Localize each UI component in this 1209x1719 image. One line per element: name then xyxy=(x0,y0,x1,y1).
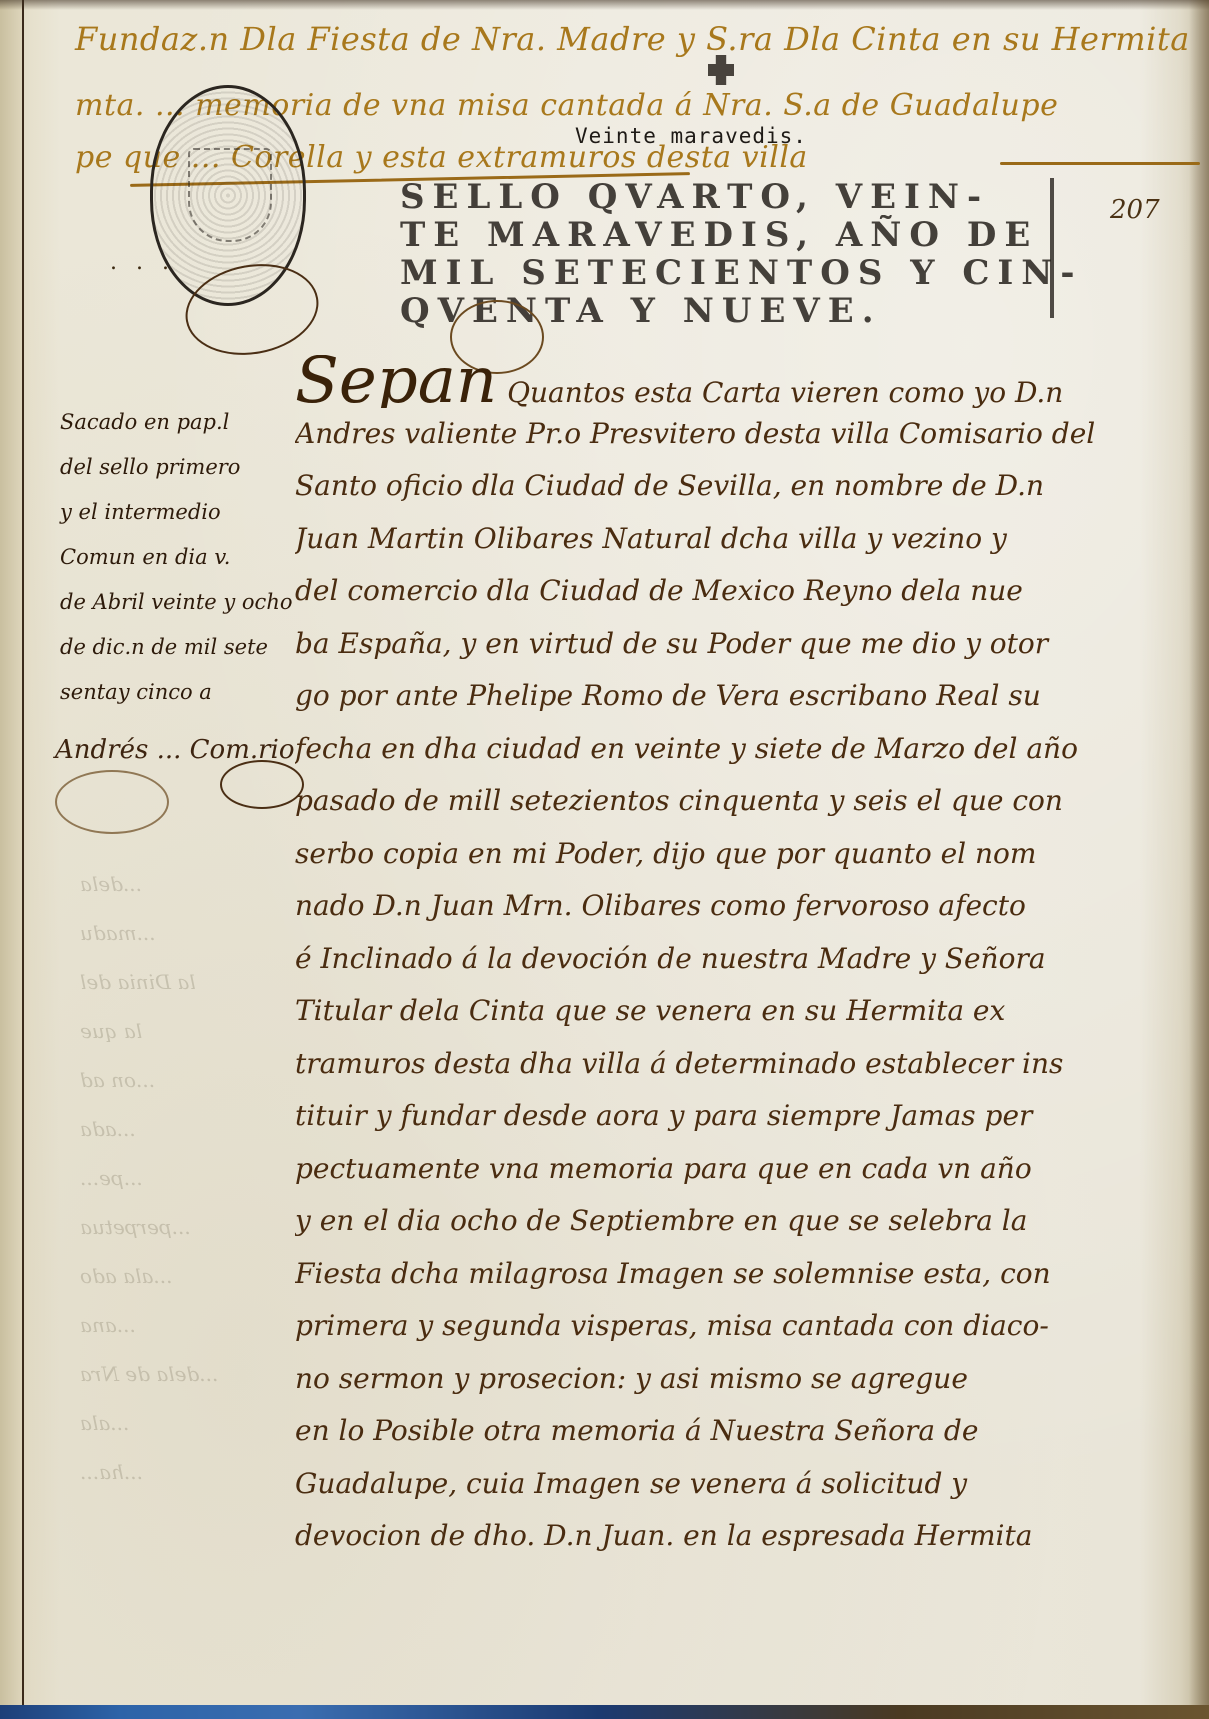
stamp-line: MIL SETECIENTOS Y CIN- xyxy=(400,254,1050,292)
flourish-loop-icon xyxy=(55,770,169,834)
binding-gutter xyxy=(0,0,24,1719)
notary-signature: Andrés ... Com.rio xyxy=(55,735,295,765)
ellipsis-marks: . . . xyxy=(110,250,175,275)
body-line: go por ante Phelipe Romo de Vera escriba… xyxy=(295,670,1185,723)
body-line: SepanQuantos esta Carta vieren como yo D… xyxy=(295,355,1185,408)
manuscript-page: Fundaz.n Dla Fiesta de Nra. Madre y S.ra… xyxy=(0,0,1209,1719)
stamp-border xyxy=(1050,178,1054,318)
body-line: y en el dia ocho de Septiembre en que se… xyxy=(295,1195,1185,1248)
body-line: nado D.n Juan Mrn. Olibares como fervoro… xyxy=(295,880,1185,933)
body-line: serbo copia en mi Poder, dijo que por qu… xyxy=(295,828,1185,881)
body-line: Guadalupe, cuia Imagen se venera á solic… xyxy=(295,1458,1185,1511)
body-line: fecha en dha ciudad en veinte y siete de… xyxy=(295,723,1185,776)
page-right-edge xyxy=(1189,0,1209,1719)
body-line: del comercio dla Ciudad de Mexico Reyno … xyxy=(295,565,1185,618)
header-annotation-line-1: Fundaz.n Dla Fiesta de Nra. Madre y S.ra… xyxy=(75,20,1190,58)
margin-note-line: del sello primero xyxy=(60,445,300,490)
bottom-edge-background xyxy=(0,1705,1209,1719)
cross-icon xyxy=(708,55,734,85)
body-line: no sermon y prosecion: y asi mismo se ag… xyxy=(295,1353,1185,1406)
body-line: pasado de mill setezientos cinquenta y s… xyxy=(295,775,1185,828)
body-text: SepanQuantos esta Carta vieren como yo D… xyxy=(295,355,1185,1563)
body-line: Fiesta dcha milagrosa Imagen se solemnis… xyxy=(295,1248,1185,1301)
body-line: devocion de dho. D.n Juan. en la espresa… xyxy=(295,1510,1185,1563)
stamp-line: TE MARAVEDIS, AÑO DE xyxy=(400,216,1050,254)
body-line: Santo oficio dla Ciudad de Sevilla, en n… xyxy=(295,460,1185,513)
flourish-loop-icon xyxy=(220,760,304,809)
margin-note-line: Sacado en pap.l xyxy=(60,400,300,445)
margin-note-line: y el intermedio xyxy=(60,490,300,535)
margin-note-line: sentay cinco a xyxy=(60,670,300,715)
body-line: ba España, y en virtud de su Poder que m… xyxy=(295,618,1185,671)
folio-number: 207 xyxy=(1110,195,1160,225)
body-line: primera y segunda visperas, misa cantada… xyxy=(295,1300,1185,1353)
margin-note-line: de Abril veinte y ocho xyxy=(60,580,300,625)
body-line: pectuamente vna memoria para que en cada… xyxy=(295,1143,1185,1196)
opening-word: Sepan xyxy=(295,355,497,408)
bleed-through-text: ...dela ...madu la Dinia del la que ...o… xyxy=(80,860,280,1497)
stamp-line: SELLO QVARTO, VEIN- xyxy=(400,178,1050,216)
body-line: Titular dela Cinta que se venera en su H… xyxy=(295,985,1185,1038)
body-line: tramuros desta dha villa á determinado e… xyxy=(295,1038,1185,1091)
body-line: en lo Posible otra memoria á Nuestra Señ… xyxy=(295,1405,1185,1458)
margin-note-line: Comun en dia v. xyxy=(60,535,300,580)
margin-notes: Sacado en pap.l del sello primero y el i… xyxy=(60,400,300,715)
margin-note-line: de dic.n de mil sete xyxy=(60,625,300,670)
body-line: tituir y fundar desde aora y para siempr… xyxy=(295,1090,1185,1143)
coat-of-arms-icon xyxy=(188,148,272,242)
top-shadow xyxy=(0,0,1209,10)
stamp-caption: Veinte maravedis. xyxy=(575,124,807,148)
body-line: é Inclinado á la devoción de nuestra Mad… xyxy=(295,933,1185,986)
body-line: Juan Martin Olibares Natural dcha villa … xyxy=(295,513,1185,566)
annotation-rule-right xyxy=(1000,162,1200,165)
body-line: Andres valiente Pr.o Presvitero desta vi… xyxy=(295,408,1185,461)
